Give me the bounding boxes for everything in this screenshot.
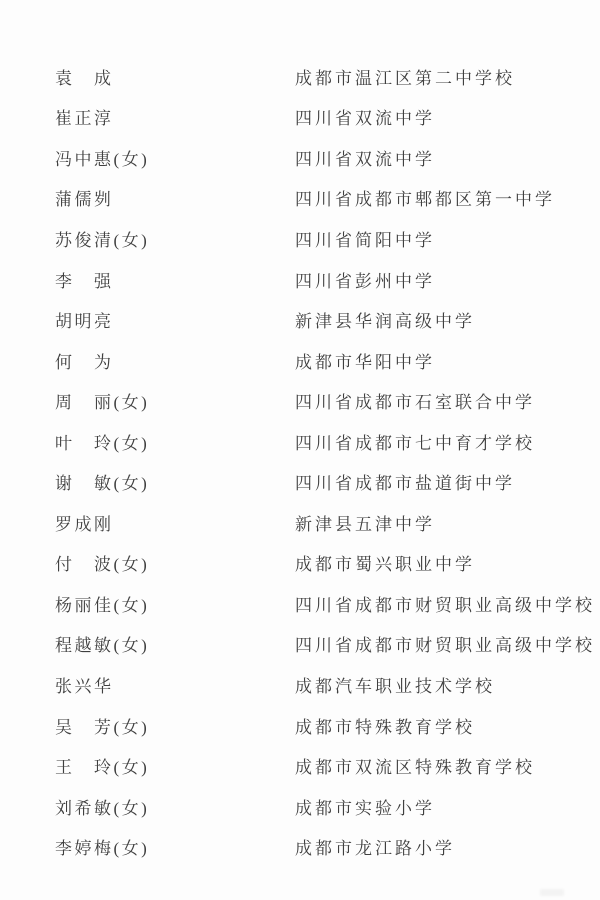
- table-row: 李 强 四川省彭州中学: [55, 259, 600, 300]
- document-page: 袁 成 成都市温江区第二中学校 崔正淳 四川省双流中学 冯中惠(女) 四川省双流…: [0, 0, 600, 900]
- school-name: 成都市蜀兴职业中学: [295, 550, 475, 575]
- table-row: 叶 玲(女) 四川省成都市七中育才学校: [55, 421, 600, 462]
- person-name: 李 强: [55, 267, 295, 292]
- table-row: 张兴华 成都汽车职业技术学校: [55, 664, 600, 705]
- school-name: 四川省成都市石室联合中学: [295, 388, 535, 413]
- table-row: 蒲儒刿 四川省成都市郫都区第一中学: [55, 178, 600, 219]
- person-name: 崔正淳: [55, 104, 295, 129]
- table-row: 袁 成 成都市温江区第二中学校: [55, 56, 600, 97]
- table-row: 崔正淳 四川省双流中学: [55, 97, 600, 138]
- table-row: 冯中惠(女) 四川省双流中学: [55, 137, 600, 178]
- school-name: 四川省双流中学: [295, 145, 435, 170]
- person-name: 吴 芳(女): [55, 713, 295, 738]
- table-row: 苏俊清(女) 四川省简阳中学: [55, 218, 600, 259]
- person-name: 程越敏(女): [55, 631, 295, 656]
- person-name: 胡明亮: [55, 307, 295, 332]
- person-name: 张兴华: [55, 672, 295, 697]
- table-row: 周 丽(女) 四川省成都市石室联合中学: [55, 380, 600, 421]
- person-name: 周 丽(女): [55, 388, 295, 413]
- school-name: 新津县五津中学: [295, 510, 435, 535]
- school-name: 成都市温江区第二中学校: [295, 64, 515, 89]
- person-name: 冯中惠(女): [55, 145, 295, 170]
- person-name: 罗成刚: [55, 510, 295, 535]
- school-name: 四川省双流中学: [295, 104, 435, 129]
- school-name: 成都市双流区特殊教育学校: [295, 753, 535, 778]
- person-name: 谢 敏(女): [55, 469, 295, 494]
- person-name: 杨丽佳(女): [55, 591, 295, 616]
- table-row: 吴 芳(女) 成都市特殊教育学校: [55, 705, 600, 746]
- school-name: 四川省成都市七中育才学校: [295, 429, 535, 454]
- school-name: 四川省简阳中学: [295, 226, 435, 251]
- school-name: 成都市特殊教育学校: [295, 713, 475, 738]
- school-name: 四川省成都市财贸职业高级中学校: [295, 591, 595, 616]
- faint-page-artifact: [540, 889, 564, 896]
- table-row: 王 玲(女) 成都市双流区特殊教育学校: [55, 745, 600, 786]
- school-name: 成都市龙江路小学: [295, 834, 455, 859]
- school-name: 四川省彭州中学: [295, 267, 435, 292]
- school-name: 四川省成都市郫都区第一中学: [295, 185, 555, 210]
- table-row: 胡明亮 新津县华润高级中学: [55, 299, 600, 340]
- person-name: 苏俊清(女): [55, 226, 295, 251]
- person-name: 何 为: [55, 348, 295, 373]
- table-row: 程越敏(女) 四川省成都市财贸职业高级中学校: [55, 624, 600, 665]
- school-name: 四川省成都市财贸职业高级中学校: [295, 631, 595, 656]
- table-row: 付 波(女) 成都市蜀兴职业中学: [55, 543, 600, 584]
- school-name: 新津县华润高级中学: [295, 307, 475, 332]
- school-name: 成都市华阳中学: [295, 348, 435, 373]
- school-name: 成都汽车职业技术学校: [295, 672, 495, 697]
- school-name: 成都市实验小学: [295, 794, 435, 819]
- table-row: 刘希敏(女) 成都市实验小学: [55, 786, 600, 827]
- table-row: 谢 敏(女) 四川省成都市盐道街中学: [55, 461, 600, 502]
- person-name: 叶 玲(女): [55, 429, 295, 454]
- person-name: 王 玲(女): [55, 753, 295, 778]
- person-name: 袁 成: [55, 64, 295, 89]
- table-row: 李婷梅(女) 成都市龙江路小学: [55, 826, 600, 867]
- table-row: 何 为 成都市华阳中学: [55, 340, 600, 381]
- person-name: 付 波(女): [55, 550, 295, 575]
- person-name: 李婷梅(女): [55, 834, 295, 859]
- person-name: 刘希敏(女): [55, 794, 295, 819]
- person-name: 蒲儒刿: [55, 185, 295, 210]
- school-name: 四川省成都市盐道街中学: [295, 469, 515, 494]
- table-row: 杨丽佳(女) 四川省成都市财贸职业高级中学校: [55, 583, 600, 624]
- table-row: 罗成刚 新津县五津中学: [55, 502, 600, 543]
- roster-list: 袁 成 成都市温江区第二中学校 崔正淳 四川省双流中学 冯中惠(女) 四川省双流…: [0, 0, 600, 867]
